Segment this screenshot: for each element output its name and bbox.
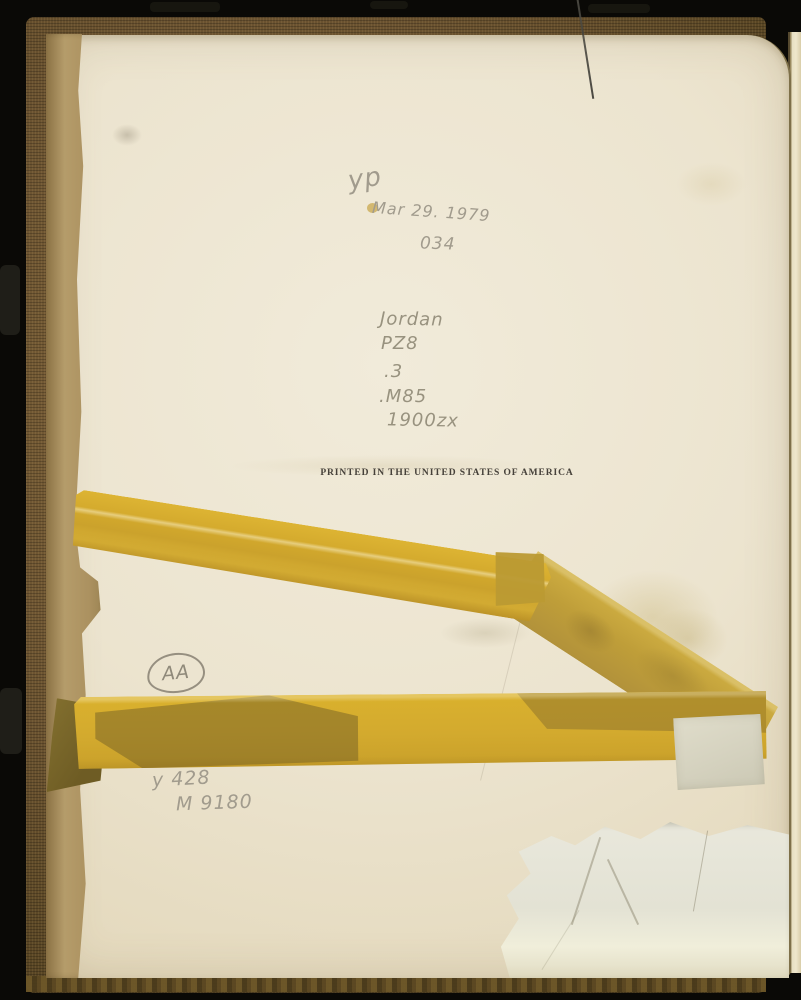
oval-mark-text: AA [161,661,191,685]
torn-white-paper-corner [492,822,789,978]
tape-sheen [74,691,767,769]
foxing-stain [676,162,746,206]
cover-frayed-bottom-edge [26,976,766,992]
call-number-line-1: Jordan [380,308,444,330]
pencil-number-bottom-2: M 9180 [176,791,254,816]
pencil-owner-code: yp [346,162,384,196]
background-smudge [0,265,20,335]
background-smudge [0,688,22,754]
call-number-line-3: .3 [384,361,403,382]
white-paper-patch [673,714,765,790]
printed-in-usa-line: PRINTED IN THE UNITED STATES OF AMERICA [318,468,576,478]
pencil-number-bottom-1: y 428 [151,766,211,791]
background-shape [588,4,650,13]
background-shape [370,1,408,9]
tape-strip-horizontal [74,691,767,769]
call-number-line-4: .M85 [379,386,427,407]
call-number-line-2: PZ8 [381,333,419,354]
pencil-code-note: 034 [420,233,456,254]
call-number-line-5: 1900zx [387,409,459,431]
book-scan-photo: yp Mar 29. 1979 034 Jordan PZ8 .3 .M85 1… [0,0,801,1000]
smudge-stain [112,124,142,146]
background-shape [150,2,220,12]
